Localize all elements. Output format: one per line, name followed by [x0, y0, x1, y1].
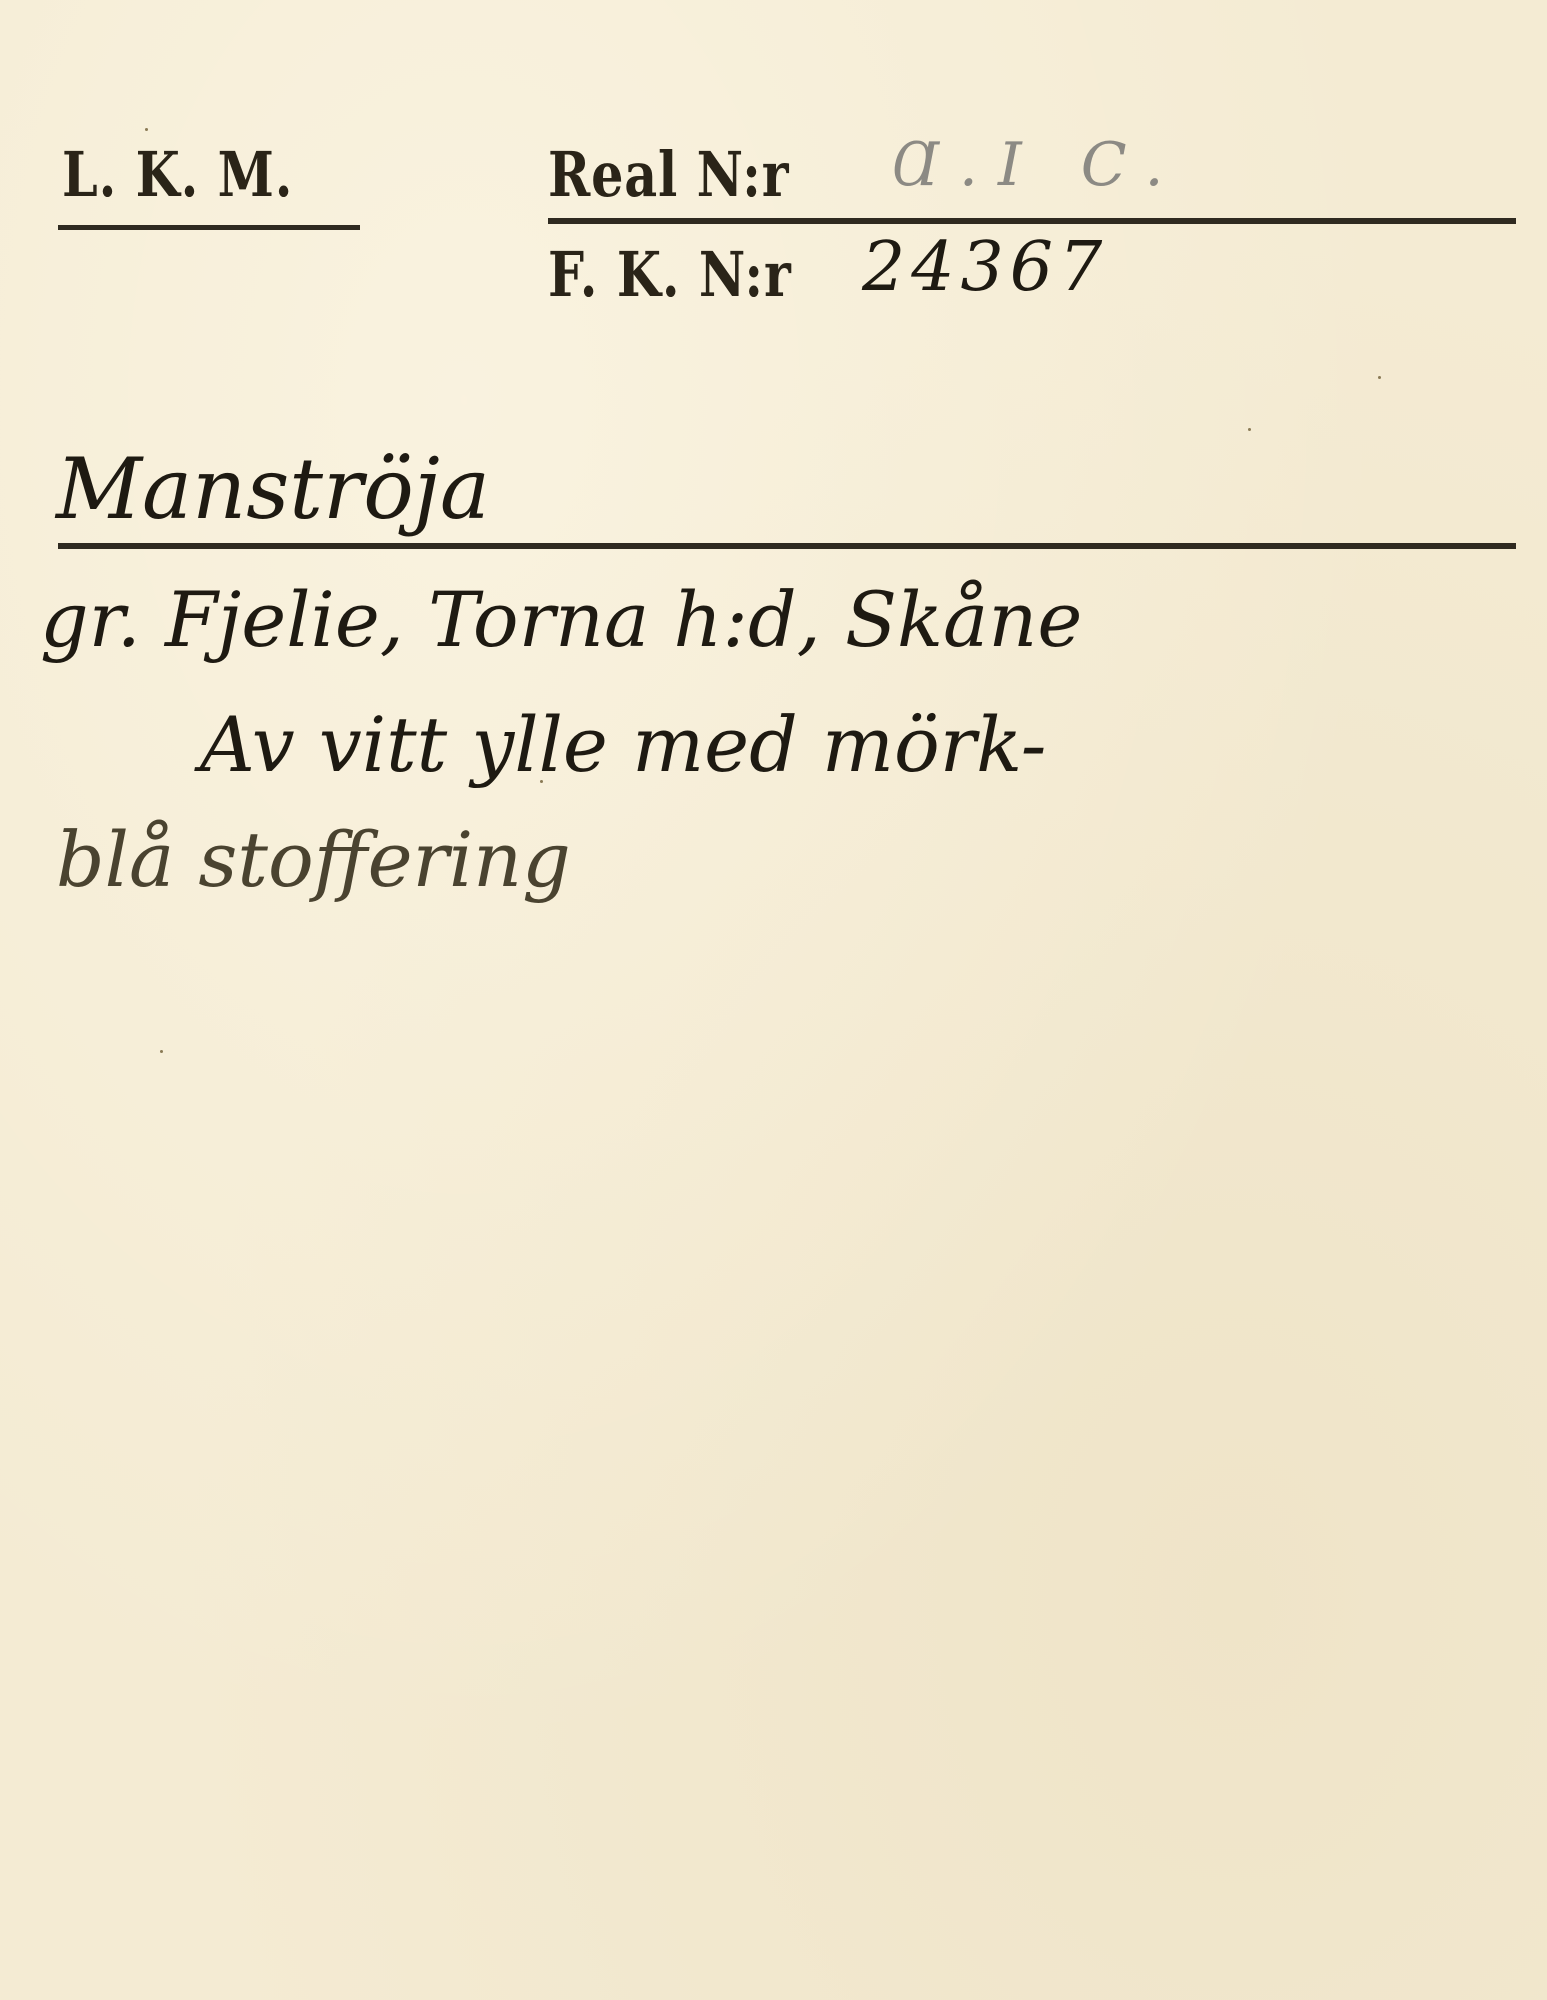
paper-speck	[1248, 428, 1251, 431]
object-title: Manströja	[56, 440, 490, 538]
institution-label: L. K. M.	[62, 138, 293, 211]
real-number-value: Ɑ.I C.	[892, 130, 1184, 200]
title-rule	[58, 543, 1516, 549]
paper-speck	[145, 128, 148, 131]
real-number-label: Real N:r	[548, 138, 789, 211]
description-line-2: blå stoffering	[56, 815, 571, 904]
catalog-card: L. K. M. Real N:r Ɑ.I C. F. K. N:r 24367…	[0, 0, 1547, 2000]
institution-underline	[58, 225, 360, 230]
fk-number-label: F. K. N:r	[548, 238, 792, 311]
description-line-1: Av vitt ylle med mörk-	[200, 700, 1046, 789]
paper-speck	[160, 1050, 163, 1053]
paper-speck	[1378, 376, 1381, 379]
header-rule	[548, 218, 1516, 224]
paper-speck	[540, 780, 543, 783]
fk-number-value: 24367	[862, 228, 1108, 307]
provenance-line: gr. Fjelie, Torna h:d, Skåne	[40, 575, 1082, 664]
